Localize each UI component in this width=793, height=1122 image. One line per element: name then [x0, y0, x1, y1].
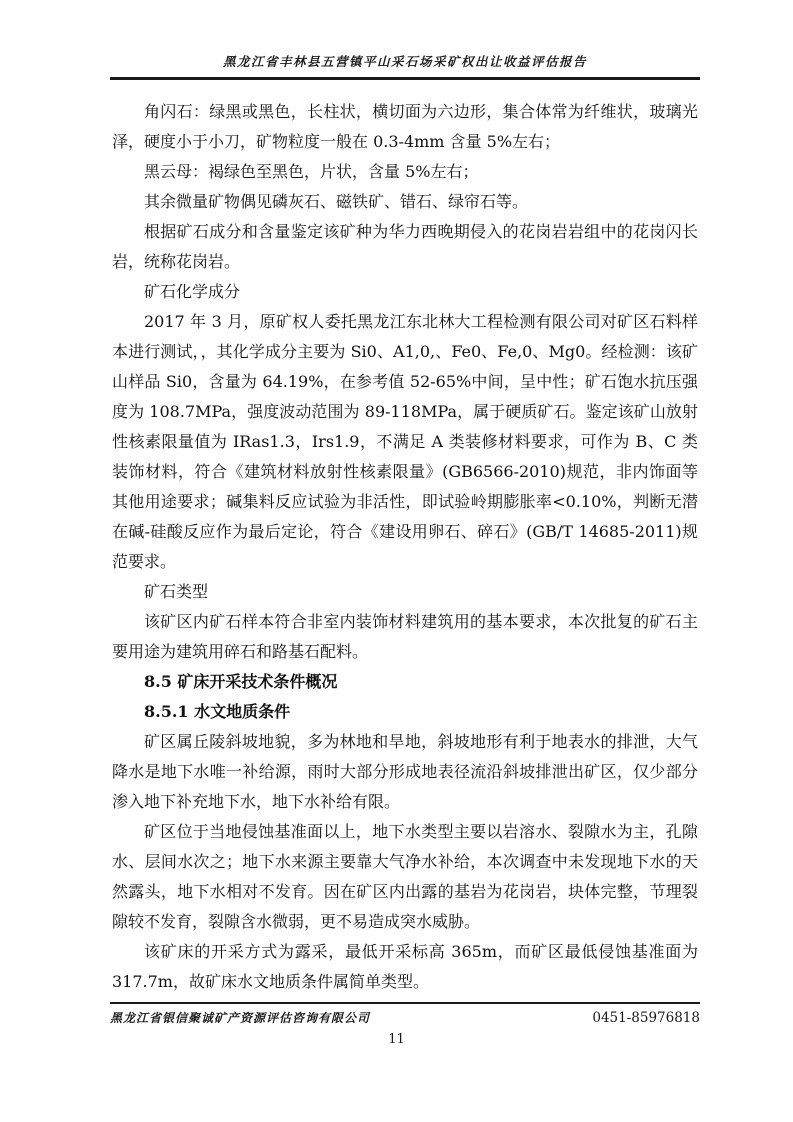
- section-heading: 8.5.1 水文地质条件: [112, 697, 698, 727]
- page-number: 11: [0, 1032, 793, 1047]
- paragraph: 矿石化学成分: [112, 277, 698, 307]
- page-header: 黑龙江省丰林县五营镇平山采石场采矿权出让收益评估报告: [110, 52, 700, 80]
- document-body: 角闪石：绿黑或黑色，长柱状，横切面为六边形，集合体常为纤维状，玻璃光泽，硬度小于…: [112, 97, 698, 997]
- section-heading: 8.5 矿床开采技术条件概况: [112, 667, 698, 697]
- paragraph: 矿石类型: [112, 577, 698, 607]
- header-title: 黑龙江省丰林县五营镇平山采石场采矿权出让收益评估报告: [110, 52, 700, 70]
- footer-company: 黑龙江省银信聚诚矿产资源评估咨询有限公司: [110, 1009, 370, 1026]
- page-footer: 黑龙江省银信聚诚矿产资源评估咨询有限公司 0451-85976818: [110, 1002, 700, 1026]
- paragraph: 其余微量矿物偶见磷灰石、磁铁矿、错石、绿帘石等。: [112, 187, 698, 217]
- paragraph: 该矿床的开采方式为露采，最低开采标高 365m，而矿区最低侵蚀基准面为317.7…: [112, 937, 698, 997]
- paragraph: 该矿区内矿石样本符合非室内装饰材料建筑用的基本要求，本次批复的矿石主要用途为建筑…: [112, 607, 698, 667]
- paragraph: 根据矿石成分和含量鉴定该矿种为华力西晚期侵入的花岗岩岩组中的花岗闪长岩，统称花岗…: [112, 217, 698, 277]
- footer-phone: 0451-85976818: [592, 1010, 700, 1026]
- document-page: 黑龙江省丰林县五营镇平山采石场采矿权出让收益评估报告 角闪石：绿黑或黑色，长柱状…: [0, 0, 793, 1122]
- paragraph: 黑云母：褐绿色至黑色，片状，含量 5%左右；: [112, 157, 698, 187]
- paragraph: 矿区位于当地侵蚀基准面以上，地下水类型主要以岩溶水、裂隙水为主，孔隙水、层间水次…: [112, 817, 698, 937]
- paragraph: 2017 年 3 月，原矿权人委托黑龙江东北林大工程检测有限公司对矿区石料样本进…: [112, 307, 698, 577]
- paragraph: 矿区属丘陵斜坡地貌，多为林地和旱地，斜坡地形有利于地表水的排泄，大气降水是地下水…: [112, 727, 698, 817]
- paragraph: 角闪石：绿黑或黑色，长柱状，横切面为六边形，集合体常为纤维状，玻璃光泽，硬度小于…: [112, 97, 698, 157]
